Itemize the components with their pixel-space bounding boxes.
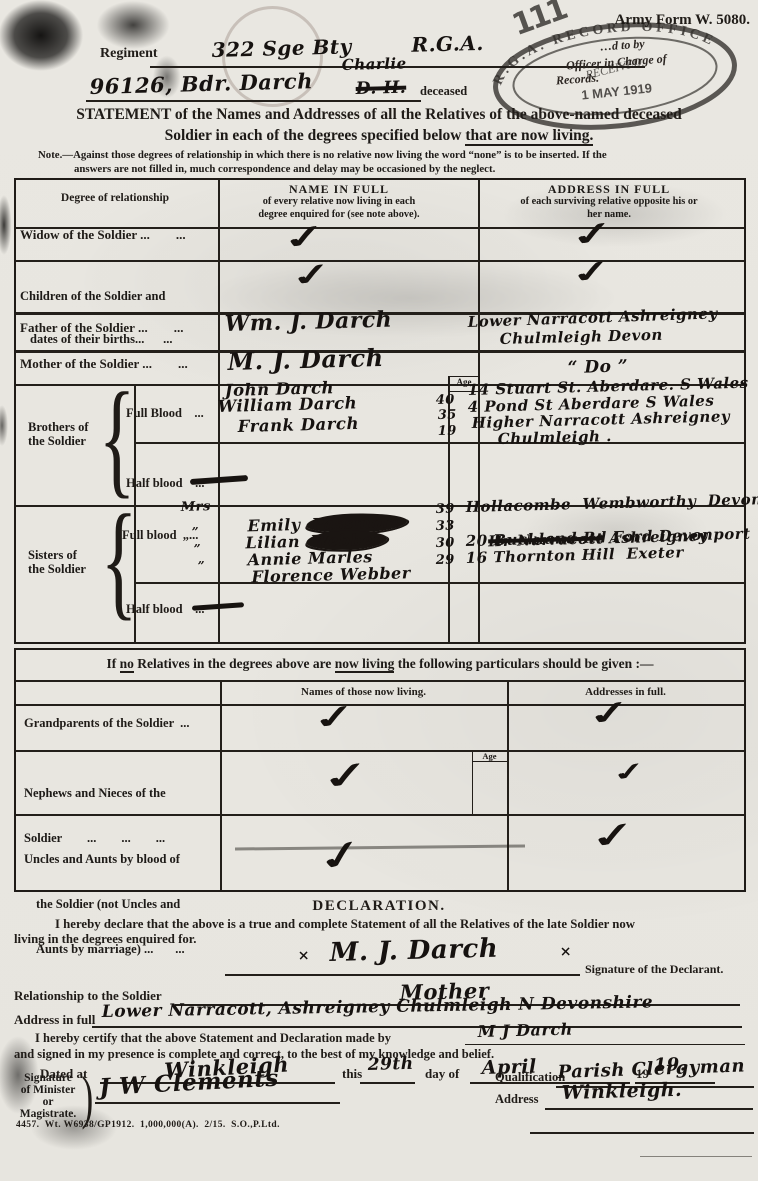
certify-text: I hereby certify that the above Statemen… bbox=[35, 1031, 391, 1046]
heading-underlined-now-living: now living bbox=[335, 656, 395, 673]
address-header-1: ADDRESS IN FULL bbox=[476, 182, 742, 196]
sisters-label-2: the Soldier bbox=[28, 562, 86, 576]
declarant-signature: M. J. Darch bbox=[329, 934, 498, 968]
minister-address-underline bbox=[545, 1108, 753, 1110]
minister-label-4: Magistrate. bbox=[14, 1108, 82, 1120]
declaration-body-line1: I hereby declare that the above is a tru… bbox=[55, 917, 635, 932]
children-label-1: Children of the Soldier and bbox=[20, 289, 172, 303]
soldier-underline bbox=[86, 100, 421, 102]
tick-mark: ✓ bbox=[611, 756, 646, 788]
heading-underlined-no: no bbox=[120, 656, 134, 673]
signature-of-declarant-label: Signature of the Declarant. bbox=[585, 962, 723, 977]
brothers-label-2: the Soldier bbox=[28, 434, 89, 448]
table-rule bbox=[16, 680, 744, 682]
minister-label-block: Signature of Minister or Magistrate. bbox=[14, 1072, 82, 1120]
minister-brace: ) bbox=[81, 1068, 93, 1127]
cross-mark: × bbox=[298, 948, 311, 964]
address-in-full-value: Lower Narracott, Ashreigney Chulmleigh N… bbox=[102, 992, 654, 1022]
brother-address-overflow: Chulmleigh . bbox=[498, 427, 613, 448]
stamp-received-text: RECEIVED bbox=[583, 54, 643, 82]
address-in-full-label: Address in full bbox=[14, 1012, 95, 1028]
form-title-underlined: that are now living. bbox=[465, 127, 593, 146]
minister-address-value: Winkleigh. bbox=[561, 1079, 682, 1104]
name-header-3: degree enquired for (see note above). bbox=[216, 209, 462, 221]
regiment-label: Regiment bbox=[100, 46, 158, 62]
sister-prefix: „ bbox=[194, 535, 202, 549]
mother-address-ditto: “ Do ” bbox=[567, 356, 628, 378]
sisters-full-blood-label: Full blood „... bbox=[122, 528, 198, 543]
name-col-header: NAME IN FULL of every relative now livin… bbox=[216, 182, 462, 221]
names-now-living-header: Names of those now living. bbox=[220, 686, 507, 698]
tick-mark: ✓ bbox=[568, 212, 614, 255]
scan-stain-left-edge-2 bbox=[0, 398, 10, 453]
no-relatives-heading: If no Relatives in the degrees above are… bbox=[16, 656, 744, 672]
sister-prefix: Mrs bbox=[181, 499, 211, 515]
table-rule bbox=[134, 442, 744, 444]
signature-underline bbox=[225, 974, 580, 976]
brother-age: 35 bbox=[438, 408, 457, 423]
age-header: Age bbox=[472, 751, 507, 762]
brothers-full-blood-label: Full Blood ... bbox=[126, 406, 204, 421]
minister-signature: J W Clements bbox=[99, 1065, 280, 1101]
minister-label-2: of Minister bbox=[14, 1084, 82, 1096]
stamp-date-text: 1 MAY 1919 bbox=[581, 80, 653, 102]
uncles-label-1: Uncles and Aunts by blood of bbox=[24, 852, 185, 867]
sister-age: 39 bbox=[436, 502, 455, 517]
address-underline bbox=[92, 1026, 742, 1028]
sister-name: Florence Webber bbox=[227, 544, 412, 606]
minister-signature-underline bbox=[95, 1102, 340, 1104]
heading-part: the following particulars should be give… bbox=[394, 656, 653, 671]
sister-prefix: „ bbox=[198, 552, 206, 566]
sister-age: 33 bbox=[436, 519, 455, 534]
tick-mark: ✓ bbox=[588, 813, 637, 859]
tick-mark: ✓ bbox=[569, 252, 612, 292]
declaration-heading: DECLARATION. bbox=[0, 898, 758, 915]
table-divider bbox=[220, 680, 222, 890]
cross-mark: × bbox=[560, 944, 573, 960]
minister-label-3: or bbox=[14, 1096, 82, 1108]
form-note: Note.—Against those degrees of relations… bbox=[38, 148, 730, 176]
tick-mark: ✓ bbox=[289, 255, 332, 295]
minister-address-label: Address bbox=[495, 1092, 539, 1107]
this-label: this bbox=[342, 1066, 362, 1082]
sister-prefix: „ bbox=[192, 518, 200, 532]
struck-initials: D. H. bbox=[355, 78, 406, 99]
mother-name-handwriting: M. J. Darch bbox=[227, 343, 384, 376]
extra-rule bbox=[530, 1132, 754, 1134]
sister-age: 29 bbox=[436, 553, 455, 568]
soldier-number-name: 96126, Bdr. Darch bbox=[89, 68, 313, 99]
scanned-army-form: 111 Army Form W. 5080. Regiment 322 Sge … bbox=[0, 0, 758, 1181]
sisters-group-label: Sisters of the Soldier bbox=[28, 548, 86, 577]
name-header-2: of every relative now living in each bbox=[216, 196, 462, 208]
grandparents-row-label: Grandparents of the Soldier ... bbox=[24, 716, 190, 731]
day-underline bbox=[360, 1082, 415, 1084]
name-header-1: NAME IN FULL bbox=[216, 182, 462, 196]
brother-age: 40 bbox=[436, 393, 455, 408]
certify-name: M J Darch bbox=[478, 1020, 573, 1041]
brother-age: 19 bbox=[438, 424, 457, 439]
table-rule bbox=[16, 750, 744, 752]
heading-part: If bbox=[106, 656, 119, 671]
declaration-body-line2: living in the degrees enquired for. bbox=[14, 932, 197, 947]
father-row-label: Father of the Soldier ... ... bbox=[20, 320, 183, 336]
table-rule bbox=[16, 704, 744, 706]
form-title-line2: Soldier in each of the degrees specified… bbox=[0, 127, 758, 145]
form-title-line1: STATEMENT of the Names and Addresses of … bbox=[0, 106, 758, 124]
deceased-label: deceased bbox=[420, 84, 467, 99]
sister-surname: Webber bbox=[340, 563, 411, 584]
table-divider bbox=[507, 680, 509, 890]
tick-mark: ✓ bbox=[585, 691, 631, 734]
printer-imprint: 4457. Wt. W6938/GP1912. 1,000,000(A). 2/… bbox=[16, 1120, 280, 1130]
address-header-2: of each surviving relative opposite his … bbox=[476, 196, 742, 208]
heading-part: Relatives in the degrees above are bbox=[134, 656, 335, 671]
certify-underline bbox=[465, 1044, 745, 1045]
brothers-label-1: Brothers of bbox=[28, 420, 89, 434]
tick-mark: ✓ bbox=[280, 215, 326, 258]
scan-stain-left-edge bbox=[0, 185, 14, 265]
brother-name: William Darch bbox=[218, 393, 358, 416]
tick-mark: ✓ bbox=[319, 753, 371, 800]
widow-row-label: Widow of the Soldier ... ... bbox=[20, 227, 186, 243]
qualification-label: Qualification bbox=[495, 1070, 565, 1085]
note-line2: answers are not filled in, much correspo… bbox=[74, 162, 730, 176]
form-title-line2-plain: Soldier in each of the degrees specified… bbox=[165, 127, 466, 144]
brothers-group-label: Brothers of the Soldier bbox=[28, 420, 89, 449]
father-name-handwriting: Wm. J. Darch bbox=[224, 307, 392, 337]
sister-age: 30 bbox=[436, 536, 455, 551]
brother-name: Frank Darch bbox=[238, 414, 360, 436]
degree-col-header: Degree of relationship bbox=[14, 192, 216, 204]
nephews-label-1: Nephews and Nieces of the bbox=[24, 786, 166, 801]
extra-rule-faint bbox=[640, 1156, 752, 1157]
tick-mark: ✓ bbox=[310, 695, 356, 738]
sisters-label-1: Sisters of bbox=[28, 548, 86, 562]
day-value: 29th bbox=[367, 1054, 413, 1075]
inserted-forename: Charlie bbox=[342, 54, 407, 74]
sister-first-name: Florence bbox=[251, 565, 340, 586]
note-line1: Note.—Against those degrees of relations… bbox=[38, 148, 730, 162]
minister-label-1: Signature bbox=[14, 1072, 82, 1084]
day-of-label: day of bbox=[425, 1066, 459, 1082]
